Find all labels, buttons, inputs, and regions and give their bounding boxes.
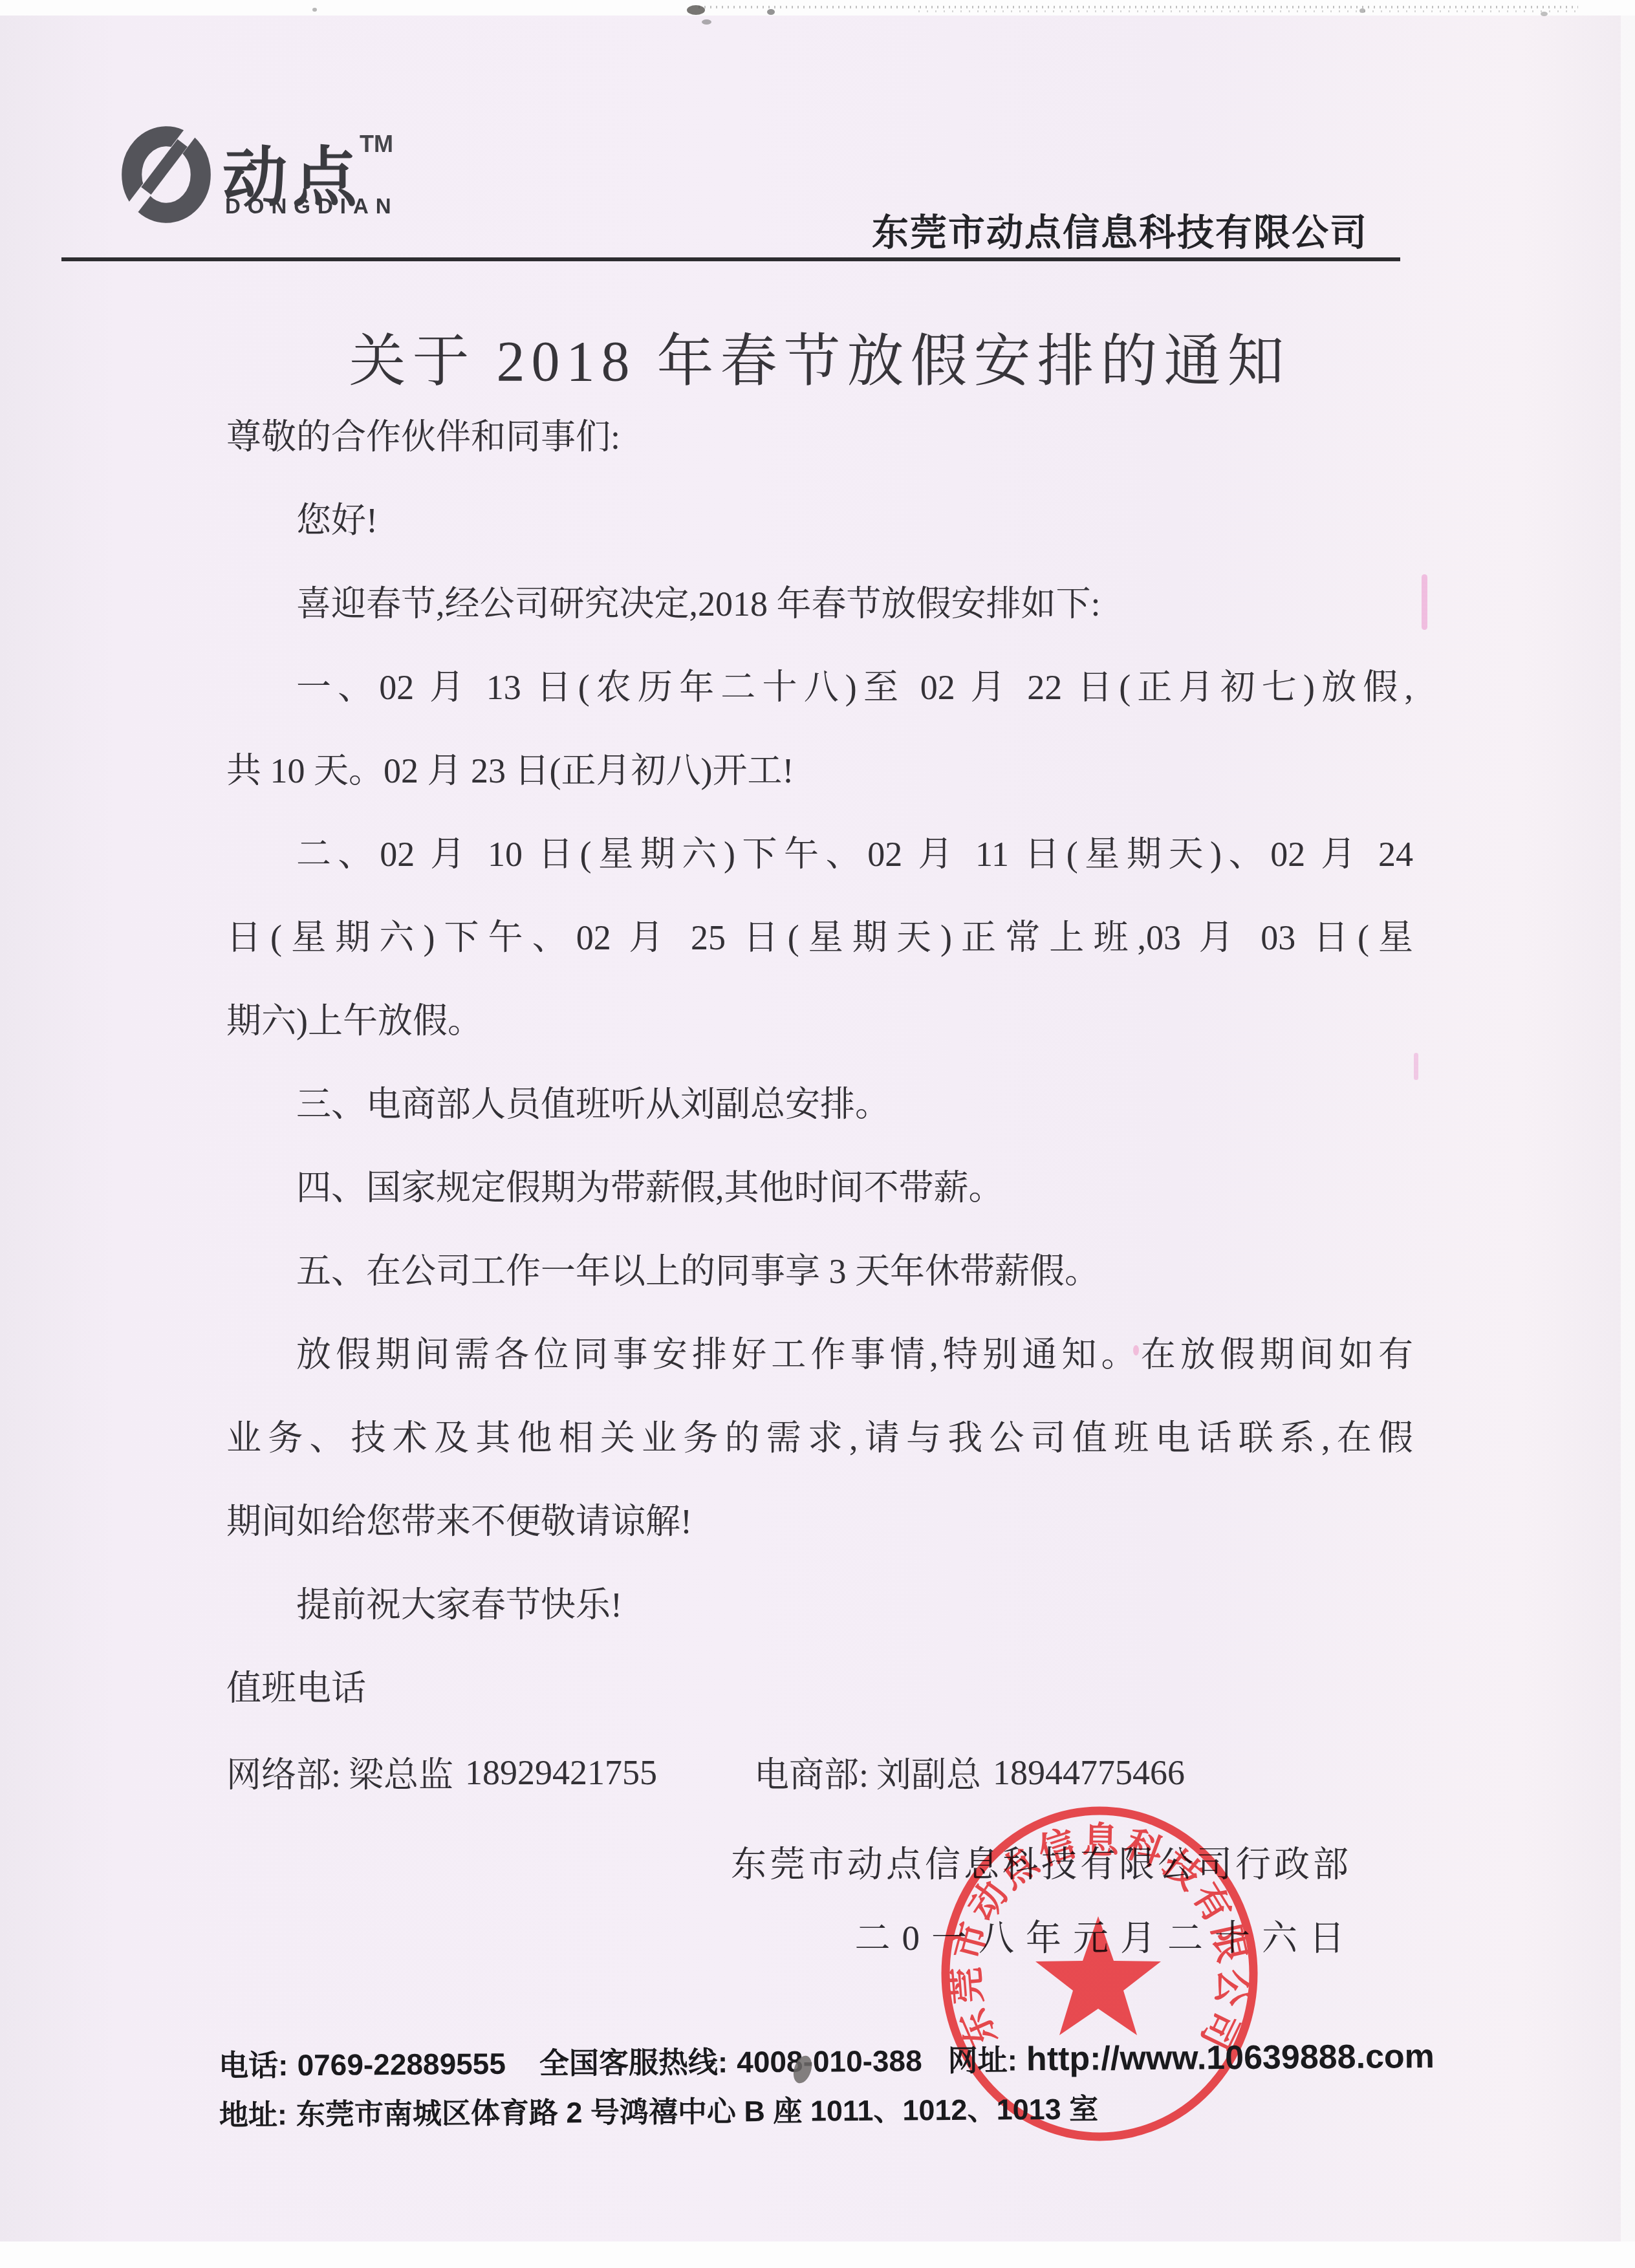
duty-dept-network: 网络部: [226,1747,341,1797]
seal-star-icon [1035,1916,1161,2035]
body-line: 共 10 天。02 月 23 日(正月初八)开工! [226,729,1413,813]
body-line: 放假期间需各位同事安排好工作事情,特别通知。在放假期间如有 [226,1313,1413,1397]
scanned-notice-page: 动点 TM DONGDIAN 东莞市动点信息科技有限公司 关于 2018 年春节… [0,0,1635,2268]
scan-pink-streak [1422,574,1427,630]
footer-address-value: 东莞市南城区体育路 2 号鸿禧中心 B 座 1011、1012、1013 室 [296,2093,1099,2132]
footer-line-1: 电话:0769-22889555全国客服热线:4008-010-388网址:ht… [219,2034,1435,2085]
body-line: 业务、技术及其他相关业务的需求,请与我公司值班电话联系,在假 [226,1397,1413,1480]
body-line: 提前祝大家春节快乐! [226,1564,1413,1647]
scan-speck [702,19,711,25]
scan-speck [1359,8,1365,13]
duty-phone-ecommerce: 18944775466 [993,1753,1185,1793]
footer-web-value: http://www.10639888.com [1026,2038,1435,2078]
scan-pink-streak [1414,1053,1418,1080]
body-line: 二、02 月 10 日(星期六)下午、02 月 11 日(星期天)、02 月 2… [226,813,1413,896]
scan-noise [698,6,1578,8]
body-line: 喜迎春节,经公司研究决定,2018 年春节放假安排如下: [226,563,1413,646]
footer-hotline-label: 全国客服热线: [539,2046,728,2080]
company-name-header: 东莞市动点信息科技有限公司 [841,203,1368,256]
body-line: 值班电话 [226,1647,1413,1731]
duty-dept-ecommerce: 电商部: [754,1747,869,1797]
duty-phone-network: 18929421755 [465,1753,657,1793]
footer-phone-label: 电话: [219,2048,288,2082]
scan-pink-mark [1133,1345,1139,1355]
body-line: 五、在公司工作一年以上的同事享 3 天年休带薪假。 [226,1230,1413,1313]
body-line: 您好! [226,479,1413,563]
footer-web-label: 网址: [947,2043,1017,2077]
body-line: 日(星期六)下午、02 月 25 日(星期天)正常上班,03 月 03 日(星 [226,896,1413,980]
scan-speck [1541,12,1548,16]
scan-noise [918,10,1578,12]
footer-hotline-value: 4008-010-388 [737,2044,922,2079]
footer-contact-block: 电话:0769-22889555全国客服热线:4008-010-388网址:ht… [219,2034,1435,2133]
notice-body: 尊敬的合作伙伴和同事们:您好!喜迎春节,经公司研究决定,2018 年春节放假安排… [226,396,1413,1731]
scan-right-edge [1621,16,1635,2241]
scan-speck [687,5,705,15]
duty-person-ecommerce: 刘副总 [876,1747,981,1797]
body-line: 三、电商部人员值班听从刘副总安排。 [226,1063,1413,1147]
body-line: 一、02 月 13 日(农历年二十八)至 02 月 22 日(正月初七)放假, [226,646,1413,729]
footer-phone-value: 0769-22889555 [297,2047,506,2082]
footer-address-label: 地址: [219,2098,287,2132]
logo-wordmark-en: DONGDIAN [225,194,398,219]
body-line: 期间如给您带来不便敬请谅解! [226,1480,1413,1564]
footer-line-2: 地址:东莞市南城区体育路 2 号鸿禧中心 B 座 1011、1012、1013 … [219,2083,1435,2133]
dongdian-logo-icon [118,123,214,226]
body-line: 尊敬的合作伙伴和同事们: [226,396,1413,479]
trademark-symbol: TM [360,131,393,158]
header-divider [61,257,1400,261]
body-line: 期六)上午放假。 [226,980,1413,1063]
scan-speck [767,9,775,15]
scan-speck [312,8,317,12]
body-line: 四、国家规定假期为带薪假,其他时间不带薪。 [226,1147,1413,1230]
notice-title: 关于 2018 年春节放假安排的通知 [226,316,1413,397]
duty-person-network: 梁总监 [349,1747,453,1797]
